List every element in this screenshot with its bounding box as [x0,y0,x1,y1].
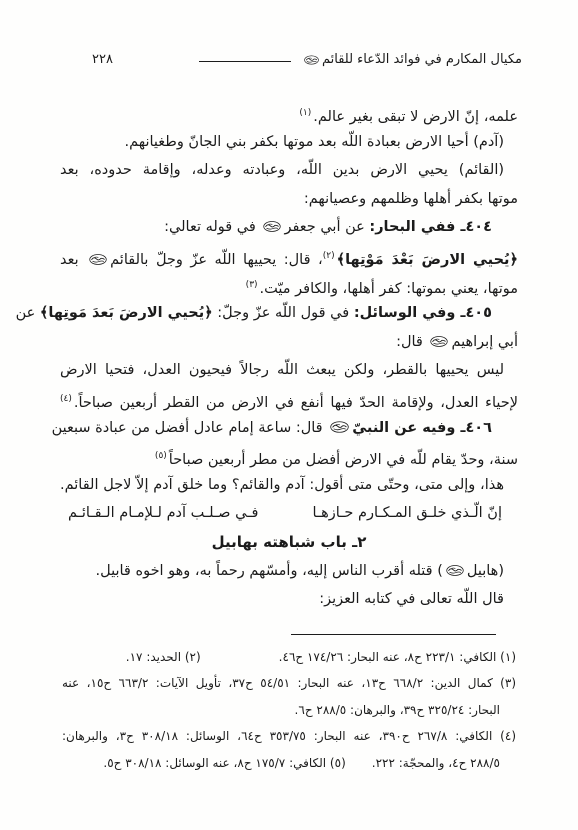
body-text-run: أبي إبراهيم [451,334,518,350]
body-text-run: عن [16,305,40,321]
body-line: ليس يحييها بالقطر، ولكن يبعث اللّه رجالا… [60,356,518,385]
body-line: علمه، إنّ الارض لا تبقى بغير عالم.(١) [60,99,518,128]
poetry-hemistich-left: فـي صـلـب آدم لـلإمـام الـقـائـم [68,499,258,528]
footnote-line: ٥/‏٢٨٨ ح٤، والمحجّة: ٢٢٢.(٥) الكافي: ٧/‏… [62,750,516,776]
body-text-run: بعد [60,252,86,268]
hadith-404-line: ٤٠٤ـ ففي البحار: عن أبي جعفر في قوله تعا… [60,213,518,242]
body-text-run: قال: ساعة إمام عادل أفضل من عبادة سبعين [52,420,328,436]
footnote-line: (١) الكافي: ١/‏٢٢٣ ح٨، عنه البحار: ٢٦/‏١… [62,644,516,670]
body-text-run: ، قال: يحييها اللّه عزّ وجلّ بالقائم [110,252,323,268]
footnotes-block: (١) الكافي: ١/‏٢٢٣ ح٨، عنه البحار: ٢٦/‏١… [62,634,516,776]
footnote-3-continued: البحار: ٢٤/‏٣٢٥ ح٣٩، والبرهان: ٥/‏٢٨٨ ح٦… [295,703,500,717]
page-number: ٢٢٨ [92,52,113,67]
sallallahu-alayhi-wa-aalih-seal-icon [330,415,349,444]
body-text-run: ليس يحييها بالقطر، ولكن يبعث اللّه رجالا… [60,362,504,378]
footnote-ref: (٣) [246,280,258,290]
footnote-ref: (٤) [60,394,72,404]
footnote-4: (٤) الكافي: ٨/‏٢٦٧ ح٣٩٠، عنه البحار: ٧٥/… [62,729,516,743]
body-text-run: (هابيل [467,563,504,579]
body-line: (آدم) أحيا الارض بعبادة اللّه بعد موتها … [60,128,518,157]
hadith-405-line: ٤٠٥ـ وفي الوسائل: في قول اللّه عزّ وجلّ:… [60,299,518,328]
footnote-line: (٣) كمال الدين: ٢/‏٦٦٨ ح١٣، عنه البحار: … [62,670,516,696]
footnote-line: البحار: ٢٤/‏٣٢٥ ح٣٩، والبرهان: ٥/‏٢٨٨ ح٦… [62,697,516,723]
body-line: (هابيل) قتله أقرب الناس إليه، وأمسّهم رح… [60,557,518,586]
quran-verse: ﴿يُحيي الارضَ بَعدَ مَوتِها﴾ [40,305,213,321]
body-line: أبي إبراهيم قال: [60,328,518,357]
source-label: ٤٠٦ـ وفيه عن النبيّ [352,420,492,436]
alayhi-salam-seal-icon [304,50,319,69]
alayhi-salam-seal-icon [430,329,448,358]
body-text-run: (القائم) يحيي الارض بدين اللّه، وعبادته … [60,162,504,178]
footnote-5: (٥) الكافي: ٧/‏١٧٥ ح٨، عنه الوسائل: ١٨/‏… [103,756,345,770]
footnote-4-continued: ٥/‏٢٨٨ ح٤، والمحجّة: ٢٢٢. [372,756,500,770]
body-text-run: عن أبي جعفر [284,219,369,235]
alayhi-salam-seal-icon [89,247,107,276]
quran-verse: ﴿يُحيي الارضَ بَعْدَ مَوْتِها﴾ [337,252,518,268]
body-text-run: موتها، يعني بموتها: كفر أهلها، والكافر م… [260,281,518,297]
quran-verse-line: ﴿يُحيي الارضَ بَعْدَ مَوْتِها﴾(٢)، قال: … [60,242,518,271]
body-text-run: سنة، وحدّ يقام للّه في الارض أفضل من مطر… [169,452,518,468]
alayhi-salam-seal-icon [446,558,464,587]
body-line: لإحياء العدل، ولإقامة الحدّ فيها أنفع في… [60,385,518,414]
footnote-1: (١) الكافي: ١/‏٢٢٣ ح٨، عنه البحار: ٢٦/‏١… [279,650,516,664]
header-rule [199,61,291,62]
source-label: ٤٠٥ـ وفي الوسائل: [354,305,492,321]
body-text-run: ) قتله أقرب الناس إليه، وأمسّهم رحماً به… [96,563,443,579]
body-line: سنة، وحدّ يقام للّه في الارض أفضل من مطر… [60,442,518,471]
footnote-ref: (٢) [323,251,335,261]
hadith-406-line: ٤٠٦ـ وفيه عن النبيّ قال: ساعة إمام عادل … [60,414,518,443]
footnote-2: (٢) الحديد: ١٧. [126,650,201,664]
body-line: (القائم) يحيي الارض بدين اللّه، وعبادته … [60,156,518,185]
footnote-separator [291,634,496,635]
body-text-run: في قول اللّه عزّ وجلّ: [213,305,354,321]
body-text-run: في قوله تعالي: [164,219,260,235]
source-label: ٤٠٤ـ ففي البحار: [369,219,492,235]
poetry-verse: إنّ الّـذي خلـق المـكـارم حـازهـافـي صـل… [60,499,518,528]
body-line: قال اللّه تعالى في كتابه العزيز: [60,585,518,614]
body-line: موتها، يعني بموتها: كفر أهلها، والكافر م… [60,271,518,300]
footnote-ref: (١) [299,108,311,118]
body-text-run: لإحياء العدل، ولإقامة الحدّ فيها أنفع في… [74,395,518,411]
body-text-run: موتها بكفر أهلها وظلمهم وعصيانهم: [304,191,518,207]
alayhi-salam-seal-icon [263,214,281,243]
body-text: علمه، إنّ الارض لا تبقى بغير عالم.(١) (آ… [60,99,518,614]
body-text-run: قال اللّه تعالى في كتابه العزيز: [319,591,504,607]
footnote-line: (٤) الكافي: ٨/‏٢٦٧ ح٣٩٠، عنه البحار: ٧٥/… [62,723,516,749]
poetry-hemistich-right: إنّ الّـذي خلـق المـكـارم حـازهـا [312,499,502,528]
body-text-run: هذا، وإلى متى، وحتّى متى أقول: آدم والقا… [60,477,504,493]
body-line: موتها بكفر أهلها وظلمهم وعصيانهم: [60,185,518,214]
body-text-run: علمه، إنّ الارض لا تبقى بغير عالم. [313,109,518,125]
footnote-ref: (٥) [155,451,167,461]
chapter-heading: ٢ـ باب شباهته بهابيل [60,528,518,557]
footnote-3: (٣) كمال الدين: ٢/‏٦٦٨ ح١٣، عنه البحار: … [62,676,516,690]
body-text-run: قال: [396,334,427,350]
body-text-run: (آدم) أحيا الارض بعبادة اللّه بعد موتها … [125,134,504,150]
book-page: مكيال المكارم في فوائد الدّعاء للقائم ٢٢… [0,0,578,830]
running-title: مكيال المكارم في فوائد الدّعاء للقائم [322,52,522,67]
page-header: مكيال المكارم في فوائد الدّعاء للقائم ٢٢… [56,50,522,69]
body-line: هذا، وإلى متى، وحتّى متى أقول: آدم والقا… [60,471,518,500]
